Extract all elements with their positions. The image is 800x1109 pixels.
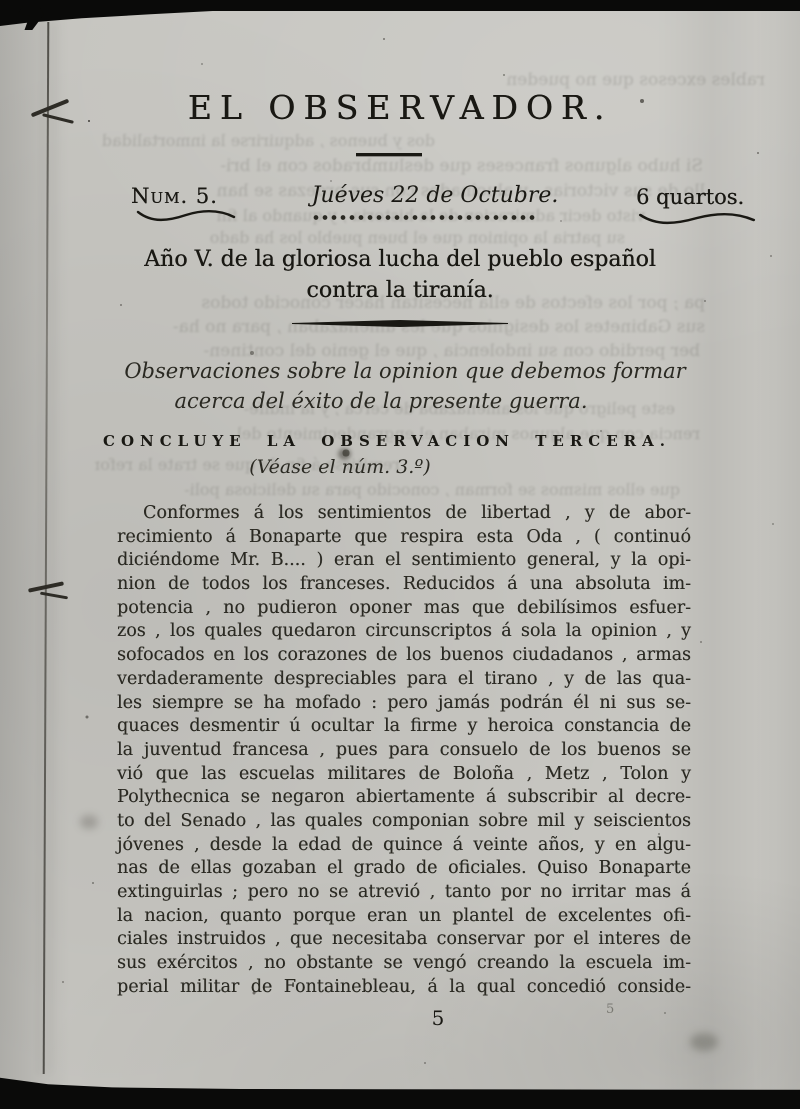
article-text-line: zos , los quales quedaron circunscriptos… [117, 620, 691, 644]
masthead-title: EL OBSERVADOR. [0, 88, 800, 127]
article-text-line: ciales instruidos , que necesitaba conse… [117, 928, 691, 952]
issue-date: Juéves 22 de Octubre. [295, 183, 575, 208]
article-text-line: Polythecnica se negaron abiertamente á s… [117, 786, 691, 810]
bleedthrough-text: sus Gabinetes los designios que les amen… [55, 317, 705, 337]
issue-price: 6 quartos. [636, 185, 744, 209]
article-text-line: les siempre se ha mofado : pero jamás po… [117, 692, 691, 716]
ink-smudge [690, 1033, 718, 1051]
article-text-line: potencia , no pudieron oponer mas que de… [117, 597, 691, 621]
article-body: Conformes á los sentimientos de libertad… [117, 502, 691, 999]
article-text-line: perial militar de Fontainebleau, á la qu… [117, 976, 691, 1000]
article-text-line: sofocados en los corazones de los buenos… [117, 644, 691, 668]
scanned-page: rables excesos que no puedendos y buenos… [0, 0, 800, 1109]
section-heading-line2: acerca del éxito de la presente guerra. [76, 386, 686, 416]
article-text-line: recimiento á Bonaparte que respira esta … [117, 526, 691, 550]
article-text-line: nas de ellas gozaban el grado de oficial… [117, 857, 691, 881]
article-text-line: nion de todos los franceses. Reducidos á… [117, 573, 691, 597]
article-text-line: quaces desmentir ú ocultar la firme y he… [117, 715, 691, 739]
signature-mark: 5 [606, 1002, 614, 1017]
page-number: 5 [0, 1006, 800, 1030]
year-heading: Año V. de la gloriosa lucha del pueblo e… [100, 244, 700, 306]
article-text-line: la nacion, quanto porque eran un plantel… [117, 905, 691, 929]
article-text-line: to del Senado , las quales componian sob… [117, 810, 691, 834]
article-text-line: jóvenes , desde la edad de quince á vein… [117, 834, 691, 858]
section-heading-line1: Observaciones sobre la opinion que debem… [124, 359, 685, 383]
article-text-line: sus exércitos , no obstante se vengó cre… [117, 952, 691, 976]
year-heading-line2: contra la tiranía. [100, 275, 700, 306]
bleedthrough-text: dos y buenos , adquirirse la inmortalida… [85, 131, 435, 150]
article-text-line: la juventud francesa , pues para consuel… [117, 739, 691, 763]
article-text-line: verdaderamente despreciables para el tir… [117, 668, 691, 692]
article-text-line: diciéndome Mr. B.... ) eran el sentimien… [117, 549, 691, 573]
article-heading: CONCLUYE LA OBSERVACION TERCERA. [0, 432, 774, 450]
article-subheading: (Véase el núm. 3.º) [0, 456, 680, 478]
section-heading: Observaciones sobre la opinion que debem… [100, 356, 710, 416]
bleedthrough-text: Si hubo algunos franceses que deslumbrad… [85, 156, 703, 176]
article-text-line: Conformes á los sentimientos de libertad… [117, 502, 691, 526]
dotted-rule [312, 214, 536, 222]
swash-underline-icon [638, 211, 756, 225]
year-heading-line1: Año V. de la gloriosa lucha del pueblo e… [100, 244, 700, 275]
issue-number: Num. 5. [131, 184, 218, 208]
masthead-rule [356, 153, 422, 156]
bleedthrough-text: que ellos mismos se forman , conocido pa… [80, 480, 680, 499]
bleedthrough-text: rables excesos que no pueden [470, 70, 765, 90]
article-text-line: extinguirlas ; pero no se atrevió , tant… [117, 881, 691, 905]
swash-underline-icon [136, 208, 236, 222]
article-text-line: vió que las escuelas militares de Boloña… [117, 763, 691, 787]
ink-smudge [80, 815, 98, 829]
